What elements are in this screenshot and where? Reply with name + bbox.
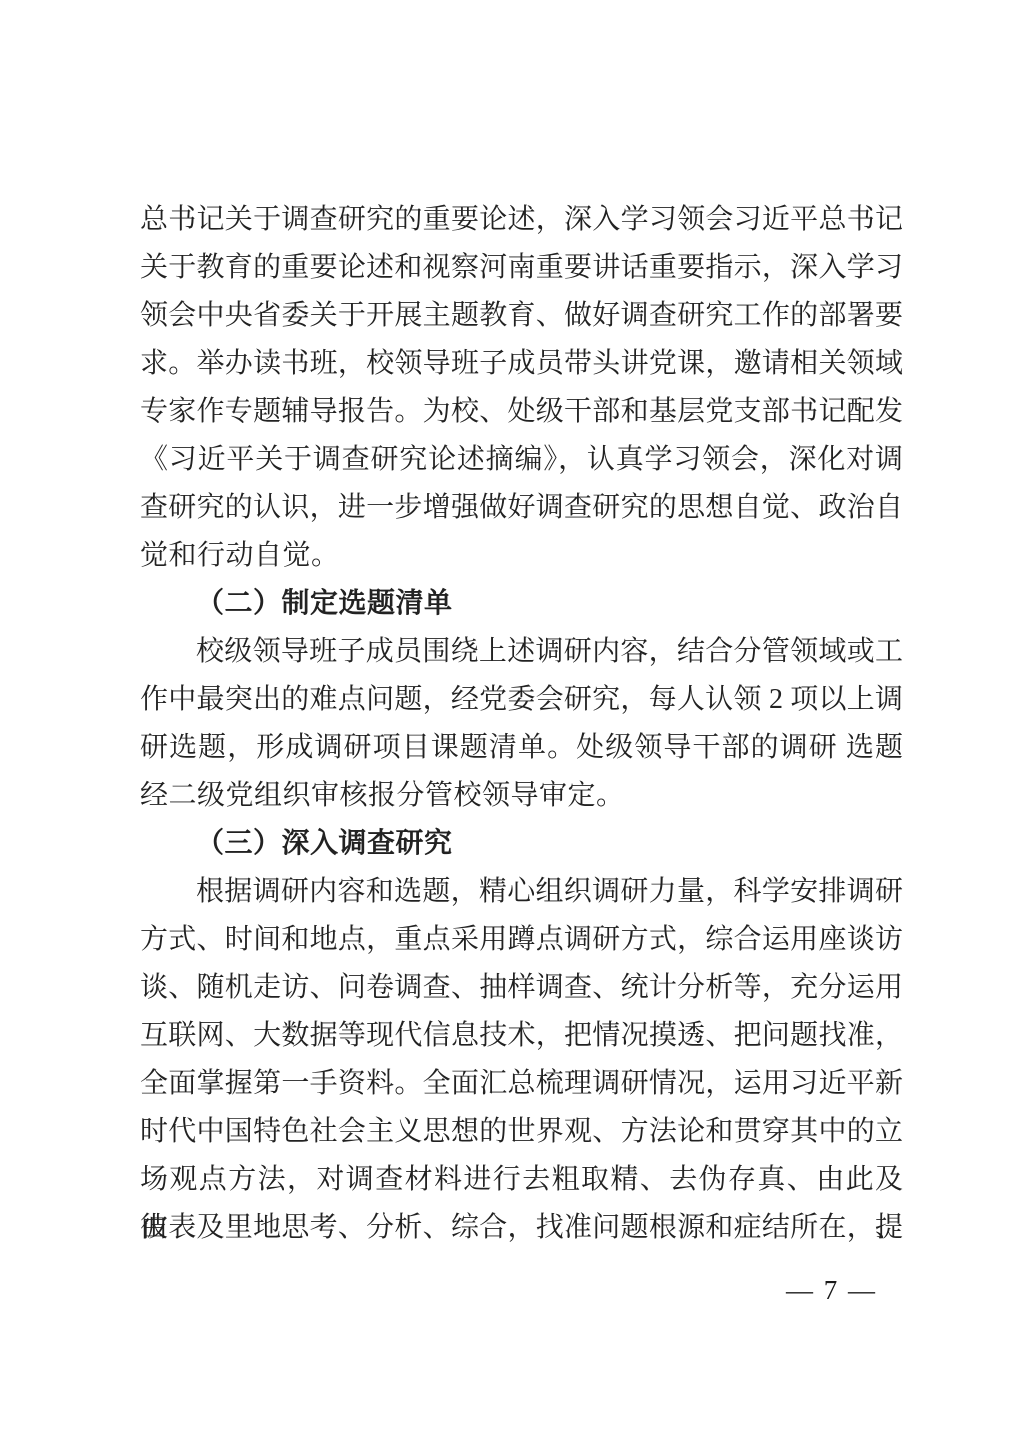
text-line: 专家作专题辅导报告。为校、处级干部和基层党支部书记配发: [140, 388, 903, 436]
page-number: — 7 —: [786, 1270, 877, 1310]
text-line: 场观点方法，对调查材料进行去粗取精、去伪存真、由此及彼、: [140, 1156, 903, 1204]
document-body: 总书记关于调查研究的重要论述，深入学习领会习近平总书记关于教育的重要论述和视察河…: [140, 196, 903, 1252]
text-line: 研选题，形成调研项目课题清单。处级领导干部的调研 选题: [140, 724, 903, 772]
text-line: 查研究的认识，进一步增强做好调查研究的思想自觉、政治自: [140, 484, 903, 532]
text-line: 觉和行动自觉。: [140, 532, 903, 580]
text-line: 方式、时间和地点，重点采用蹲点调研方式，综合运用座谈访: [140, 916, 903, 964]
section-heading: （三）深入调查研究: [140, 820, 903, 868]
text-line: 总书记关于调查研究的重要论述，深入学习领会习近平总书记: [140, 196, 903, 244]
document-page: 总书记关于调查研究的重要论述，深入学习领会习近平总书记关于教育的重要论述和视察河…: [0, 0, 1024, 1448]
text-line: 时代中国特色社会主义思想的世界观、方法论和贯穿其中的立: [140, 1108, 903, 1156]
text-line: 求。举办读书班，校领导班子成员带头讲党课，邀请相关领域: [140, 340, 903, 388]
text-line: 领会中央省委关于开展主题教育、做好调查研究工作的部署要: [140, 292, 903, 340]
text-line: 校级领导班子成员围绕上述调研内容，结合分管领域或工: [140, 628, 903, 676]
text-line: 根据调研内容和选题，精心组织调研力量，科学安排调研: [140, 868, 903, 916]
text-line: 关于教育的重要论述和视察河南重要讲话重要指示，深入学习: [140, 244, 903, 292]
text-line: 经二级党组织审核报分管校领导审定。: [140, 772, 903, 820]
text-line: 互联网、大数据等现代信息技术，把情况摸透、把问题找准，: [140, 1012, 903, 1060]
text-line: 作中最突出的难点问题，经党委会研究，每人认领 2 项以上调: [140, 676, 903, 724]
text-line: 谈、随机走访、问卷调查、抽样调查、统计分析等，充分运用: [140, 964, 903, 1012]
text-line: 全面掌握第一手资料。全面汇总梳理调研情况，运用习近平新: [140, 1060, 903, 1108]
section-heading: （二）制定选题清单: [140, 580, 903, 628]
text-line: 由表及里地思考、分析、综合，找准问题根源和症结所在，提: [140, 1204, 903, 1252]
text-line: 《习近平关于调查研究论述摘编》，认真学习领会，深化对调: [140, 436, 903, 484]
